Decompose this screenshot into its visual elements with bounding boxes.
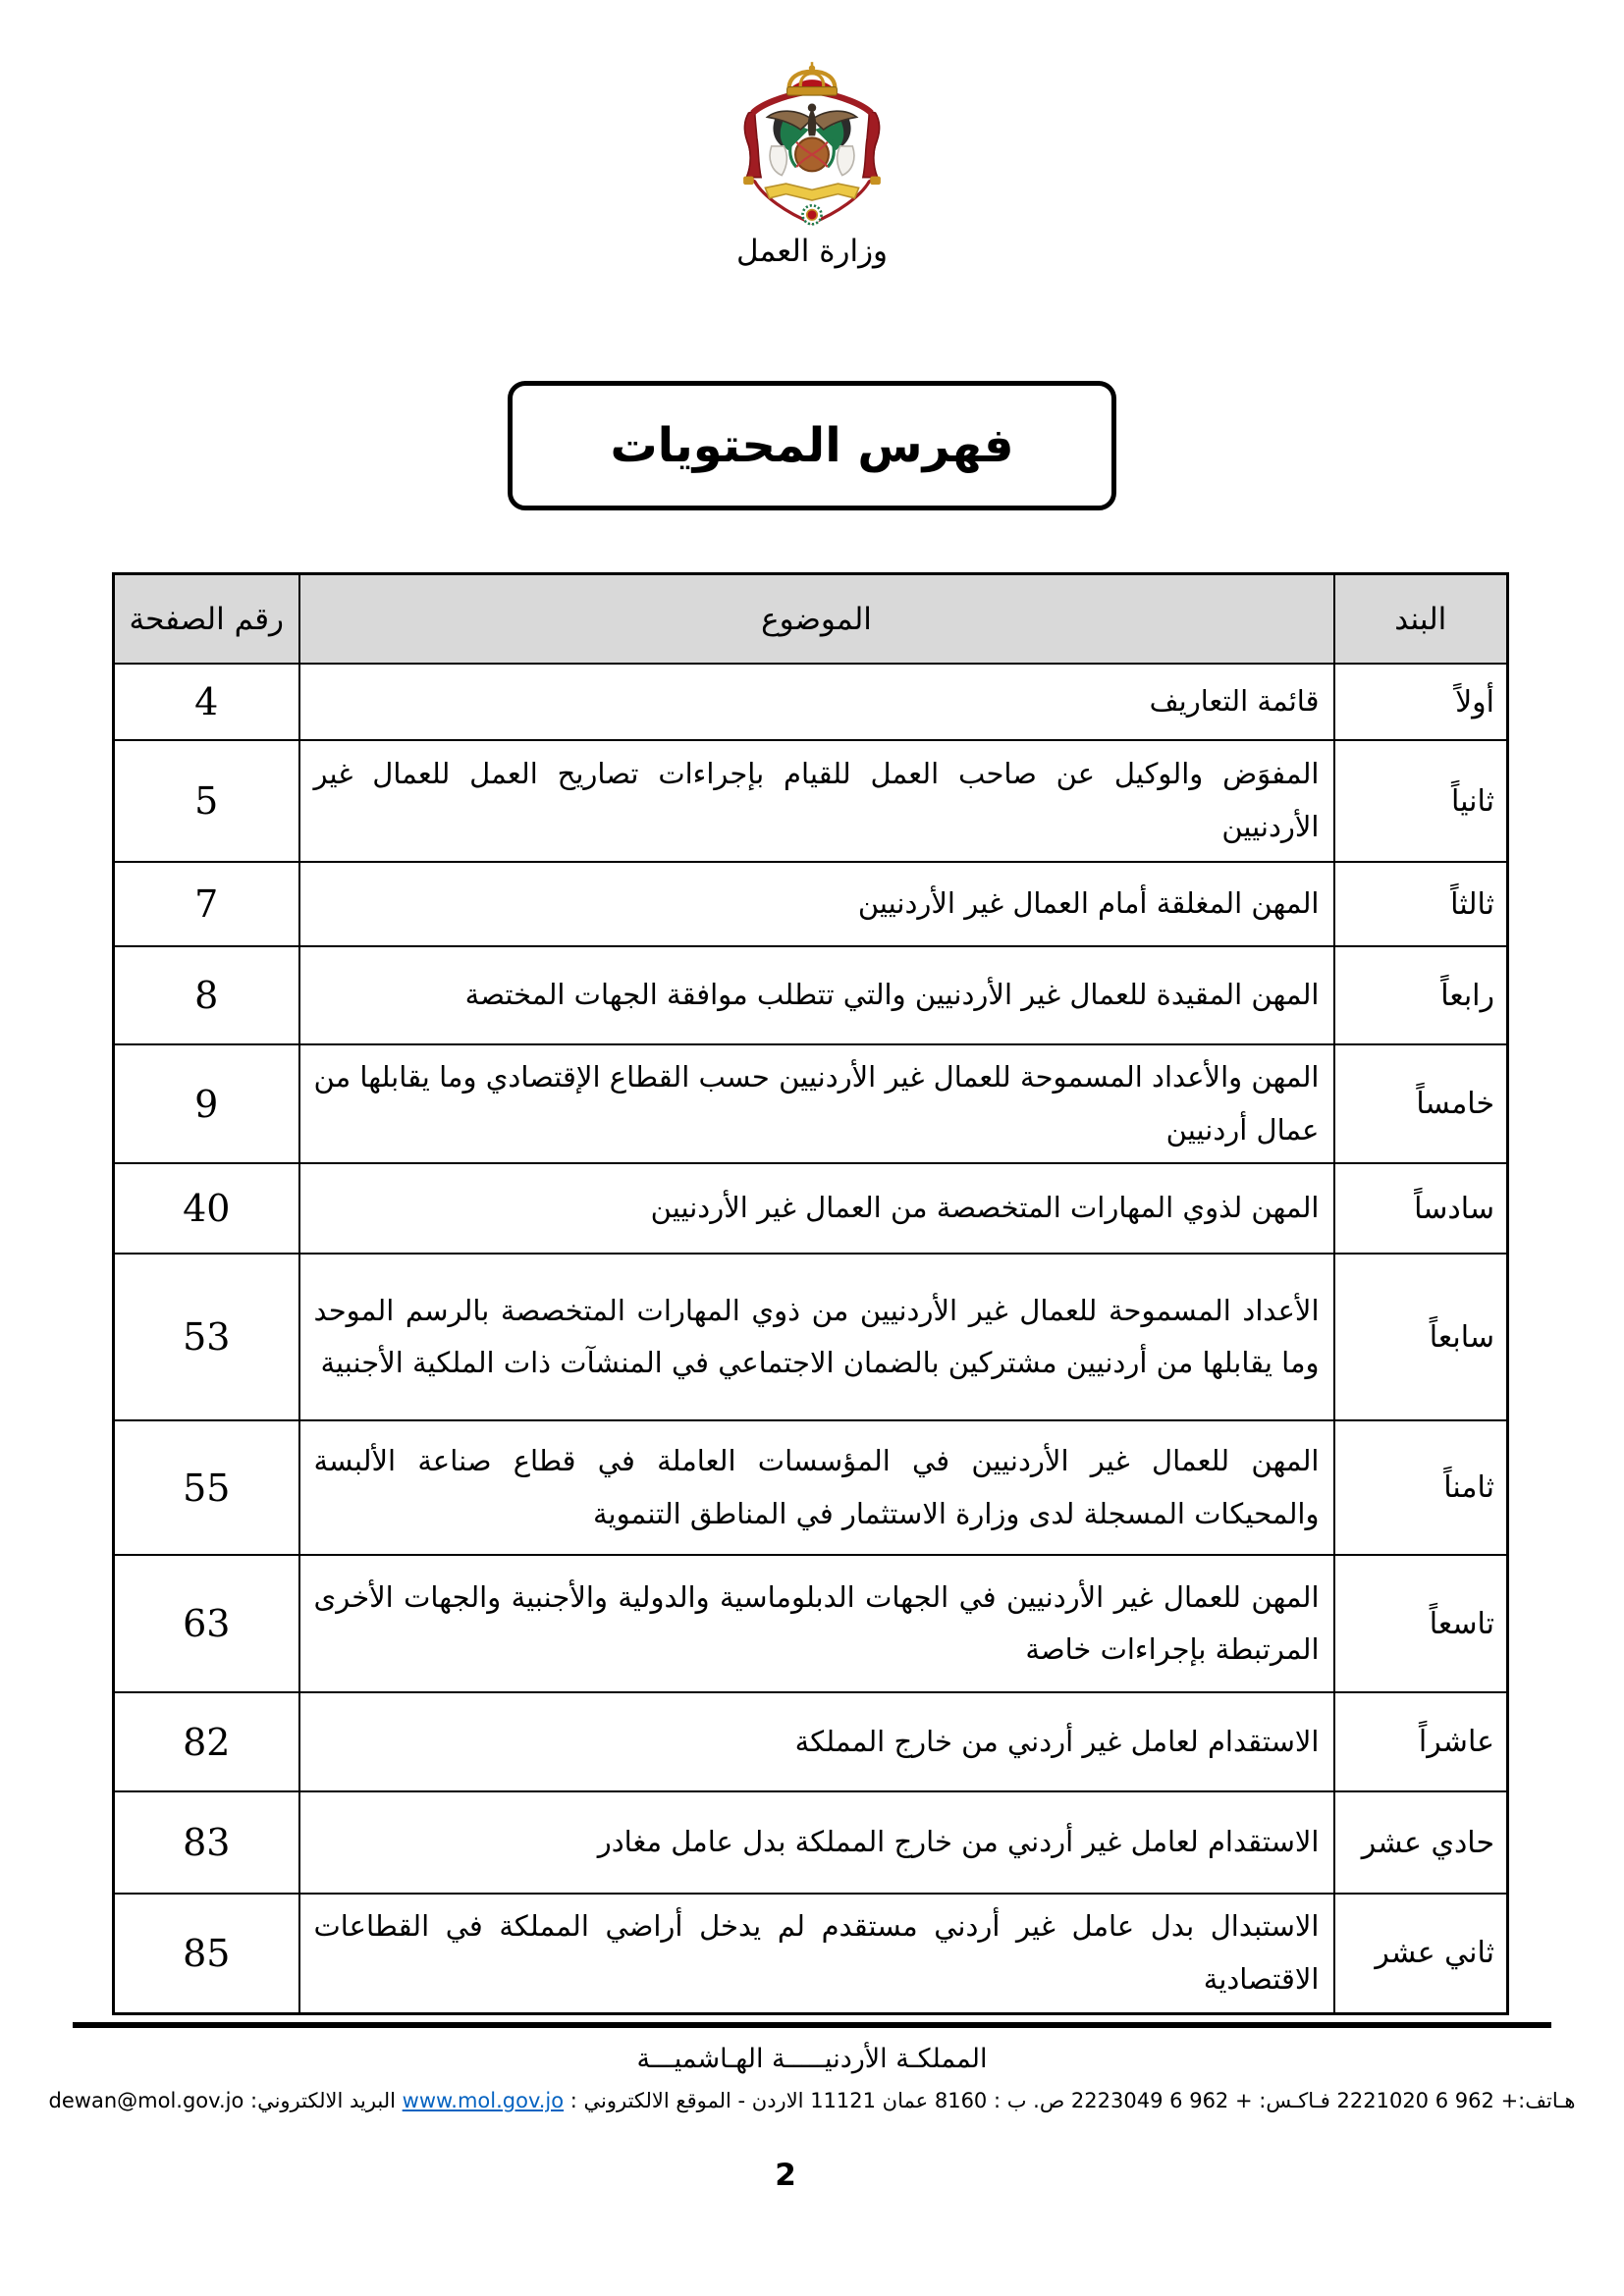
toc-page-number: 55: [114, 1420, 299, 1555]
toc-subject: قائمة التعاريف: [299, 664, 1334, 740]
toc-header-row: البند الموضوع رقم الصفحة: [114, 574, 1508, 665]
table-row: ثاني عشر الاستبدال بدل عامل غير أردني مس…: [114, 1894, 1508, 2013]
table-row: عاشراً الاستقدام لعامل غير أردني من خارج…: [114, 1692, 1508, 1791]
toc-item: عاشراً: [1334, 1692, 1508, 1791]
toc-item: تاسعاً: [1334, 1555, 1508, 1692]
toc-item: ثالثاً: [1334, 862, 1508, 946]
toc-page-number: 40: [114, 1163, 299, 1254]
toc-page-number: 85: [114, 1894, 299, 2013]
column-header-subject: الموضوع: [299, 574, 1334, 665]
toc-page-number: 9: [114, 1044, 299, 1163]
toc-page-number: 5: [114, 740, 299, 862]
table-row: سابعاً الأعداد المسموحة للعمال غير الأرد…: [114, 1254, 1508, 1420]
footer-divider: [73, 2022, 1551, 2028]
toc-table: البند الموضوع رقم الصفحة أولاً قائمة الت…: [112, 572, 1509, 2015]
toc-page-number: 63: [114, 1555, 299, 1692]
column-header-item: البند: [1334, 574, 1508, 665]
table-row: ثامناً المهن للعمال غير الأردنيين في الم…: [114, 1420, 1508, 1555]
column-header-page: رقم الصفحة: [114, 574, 299, 665]
toc-page-number: 8: [114, 946, 299, 1044]
toc-subject: المهن والأعداد المسموحة للعمال غير الأرد…: [299, 1044, 1334, 1163]
toc-page-number: 4: [114, 664, 299, 740]
toc-subject: الاستقدام لعامل غير أردني من خارج المملك…: [299, 1692, 1334, 1791]
toc-subject: المهن للعمال غير الأردنيين في الجهات الد…: [299, 1555, 1334, 1692]
toc-item: سادساً: [1334, 1163, 1508, 1254]
toc-subject: المهن للعمال غير الأردنيين في المؤسسات ا…: [299, 1420, 1334, 1555]
toc-title-box: فهرس المحتويات: [508, 381, 1116, 510]
page-title: فهرس المحتويات: [610, 418, 1013, 473]
toc-item: خامساً: [1334, 1044, 1508, 1163]
toc-item: ثاني عشر: [1334, 1894, 1508, 2013]
ministry-logo: [724, 59, 900, 236]
page-number: 2: [0, 2158, 1571, 2193]
toc-subject: المهن المقيدة للعمال غير الأردنيين والتي…: [299, 946, 1334, 1044]
toc-page-number: 82: [114, 1692, 299, 1791]
table-row: رابعاً المهن المقيدة للعمال غير الأردنيي…: [114, 946, 1508, 1044]
toc-page-number: 53: [114, 1254, 299, 1420]
table-row: أولاً قائمة التعاريف 4: [114, 664, 1508, 740]
toc-item: أولاً: [1334, 664, 1508, 740]
toc-item: سابعاً: [1334, 1254, 1508, 1420]
table-row: ثالثاً المهن المغلقة أمام العمال غير الأ…: [114, 862, 1508, 946]
jordan-coat-of-arms-icon: [724, 59, 900, 236]
toc-subject: الاستقدام لعامل غير أردني من خارج المملك…: [299, 1791, 1334, 1894]
toc-subject: المهن لذوي المهارات المتخصصة من العمال غ…: [299, 1163, 1334, 1254]
toc-page-number: 83: [114, 1791, 299, 1894]
table-row: تاسعاً المهن للعمال غير الأردنيين في الج…: [114, 1555, 1508, 1692]
toc-page-number: 7: [114, 862, 299, 946]
table-row: خامساً المهن والأعداد المسموحة للعمال غي…: [114, 1044, 1508, 1163]
table-row: ثانياً المفوَض والوكيل عن صاحب العمل للق…: [114, 740, 1508, 862]
toc-subject: المفوَض والوكيل عن صاحب العمل للقيام بإج…: [299, 740, 1334, 862]
table-row: حادي عشر الاستقدام لعامل غير أردني من خا…: [114, 1791, 1508, 1894]
kingdom-name: المملكـة الأردنيـــــة الهـاشميـــة: [0, 2044, 1624, 2074]
footer-contact-line: هـاتف:+ 962 6 2221020 فـاكـس: + 962 6 22…: [29, 2089, 1595, 2112]
toc-subject: الأعداد المسموحة للعمال غير الأردنيين من…: [299, 1254, 1334, 1420]
toc-item: ثامناً: [1334, 1420, 1508, 1555]
ministry-name: وزارة العمل: [0, 234, 1624, 269]
toc-subject: الاستبدال بدل عامل غير أردني مستقدم لم ي…: [299, 1894, 1334, 2013]
contact-info: هـاتف:+ 962 6 2221020 فـاكـس: + 962 6 22…: [564, 2089, 1575, 2112]
website-link[interactable]: www.mol.gov.jo: [403, 2089, 564, 2112]
document-page: وزارة العمل فهرس المحتويات البند الموضوع…: [0, 0, 1624, 2296]
email-info: البريد الالكتروني: dewan@mol.gov.jo: [49, 2089, 403, 2112]
toc-item: ثانياً: [1334, 740, 1508, 862]
table-row: سادساً المهن لذوي المهارات المتخصصة من ا…: [114, 1163, 1508, 1254]
toc-subject: المهن المغلقة أمام العمال غير الأردنيين: [299, 862, 1334, 946]
toc-item: رابعاً: [1334, 946, 1508, 1044]
toc-item: حادي عشر: [1334, 1791, 1508, 1894]
